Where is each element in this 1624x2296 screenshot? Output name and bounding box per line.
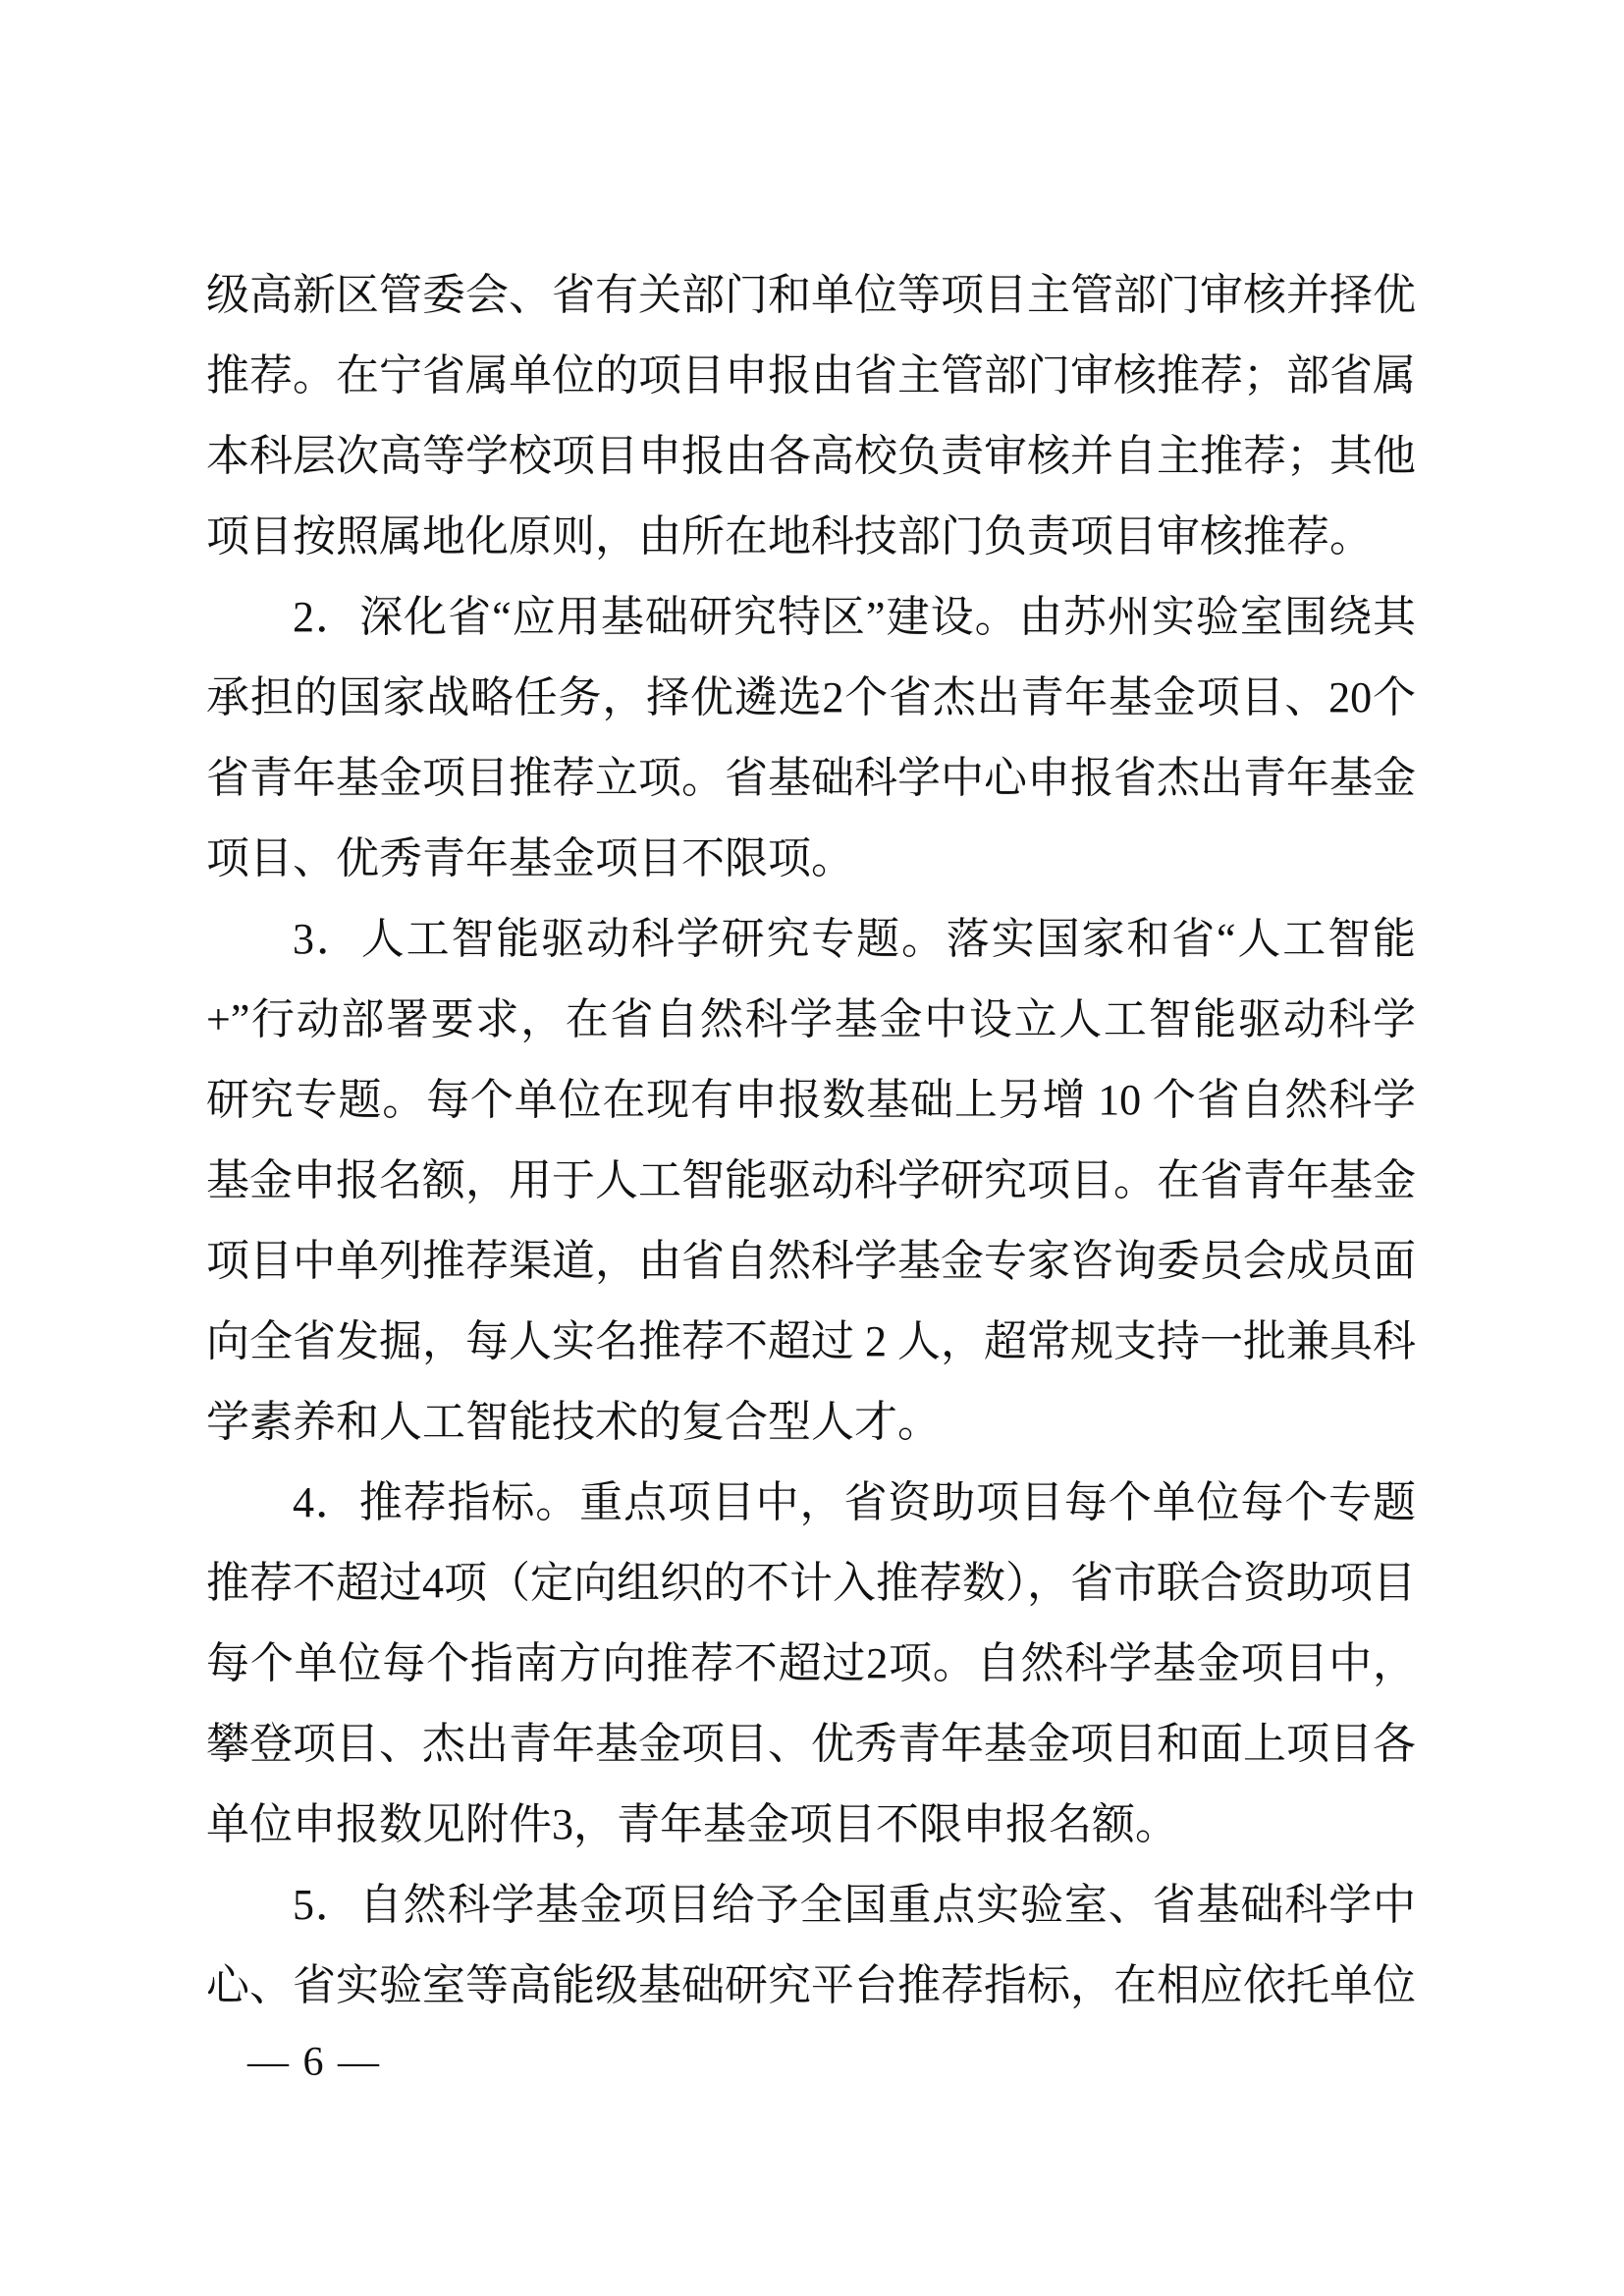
page-number: — 6 — xyxy=(247,2040,381,2085)
document-page: 级高新区管委会、省有关部门和单位等项目主管部门审核并择优推荐。在宁省属单位的项目… xyxy=(0,0,1624,2296)
text-block: 级高新区管委会、省有关部门和单位等项目主管部门审核并择优推荐。在宁省属单位的项目… xyxy=(206,255,1416,2026)
body-paragraph: 2．深化省“应用基础研究特区”建设。由苏州实验室围绕其承担的国家战略任务，择优遴… xyxy=(206,577,1416,899)
body-paragraph: 4．推荐指标。重点项目中，省资助项目每个单位每个专题推荐不超过4项（定向组织的不… xyxy=(206,1463,1416,1865)
body-paragraph: 5．自然科学基金项目给予全国重点实验室、省基础科学中心、省实验室等高能级基础研究… xyxy=(206,1865,1416,2026)
body-paragraph: 级高新区管委会、省有关部门和单位等项目主管部门审核并择优推荐。在宁省属单位的项目… xyxy=(206,255,1416,577)
body-paragraph: 3．人工智能驱动科学研究专题。落实国家和省“人工智能+”行动部署要求，在省自然科… xyxy=(206,899,1416,1463)
